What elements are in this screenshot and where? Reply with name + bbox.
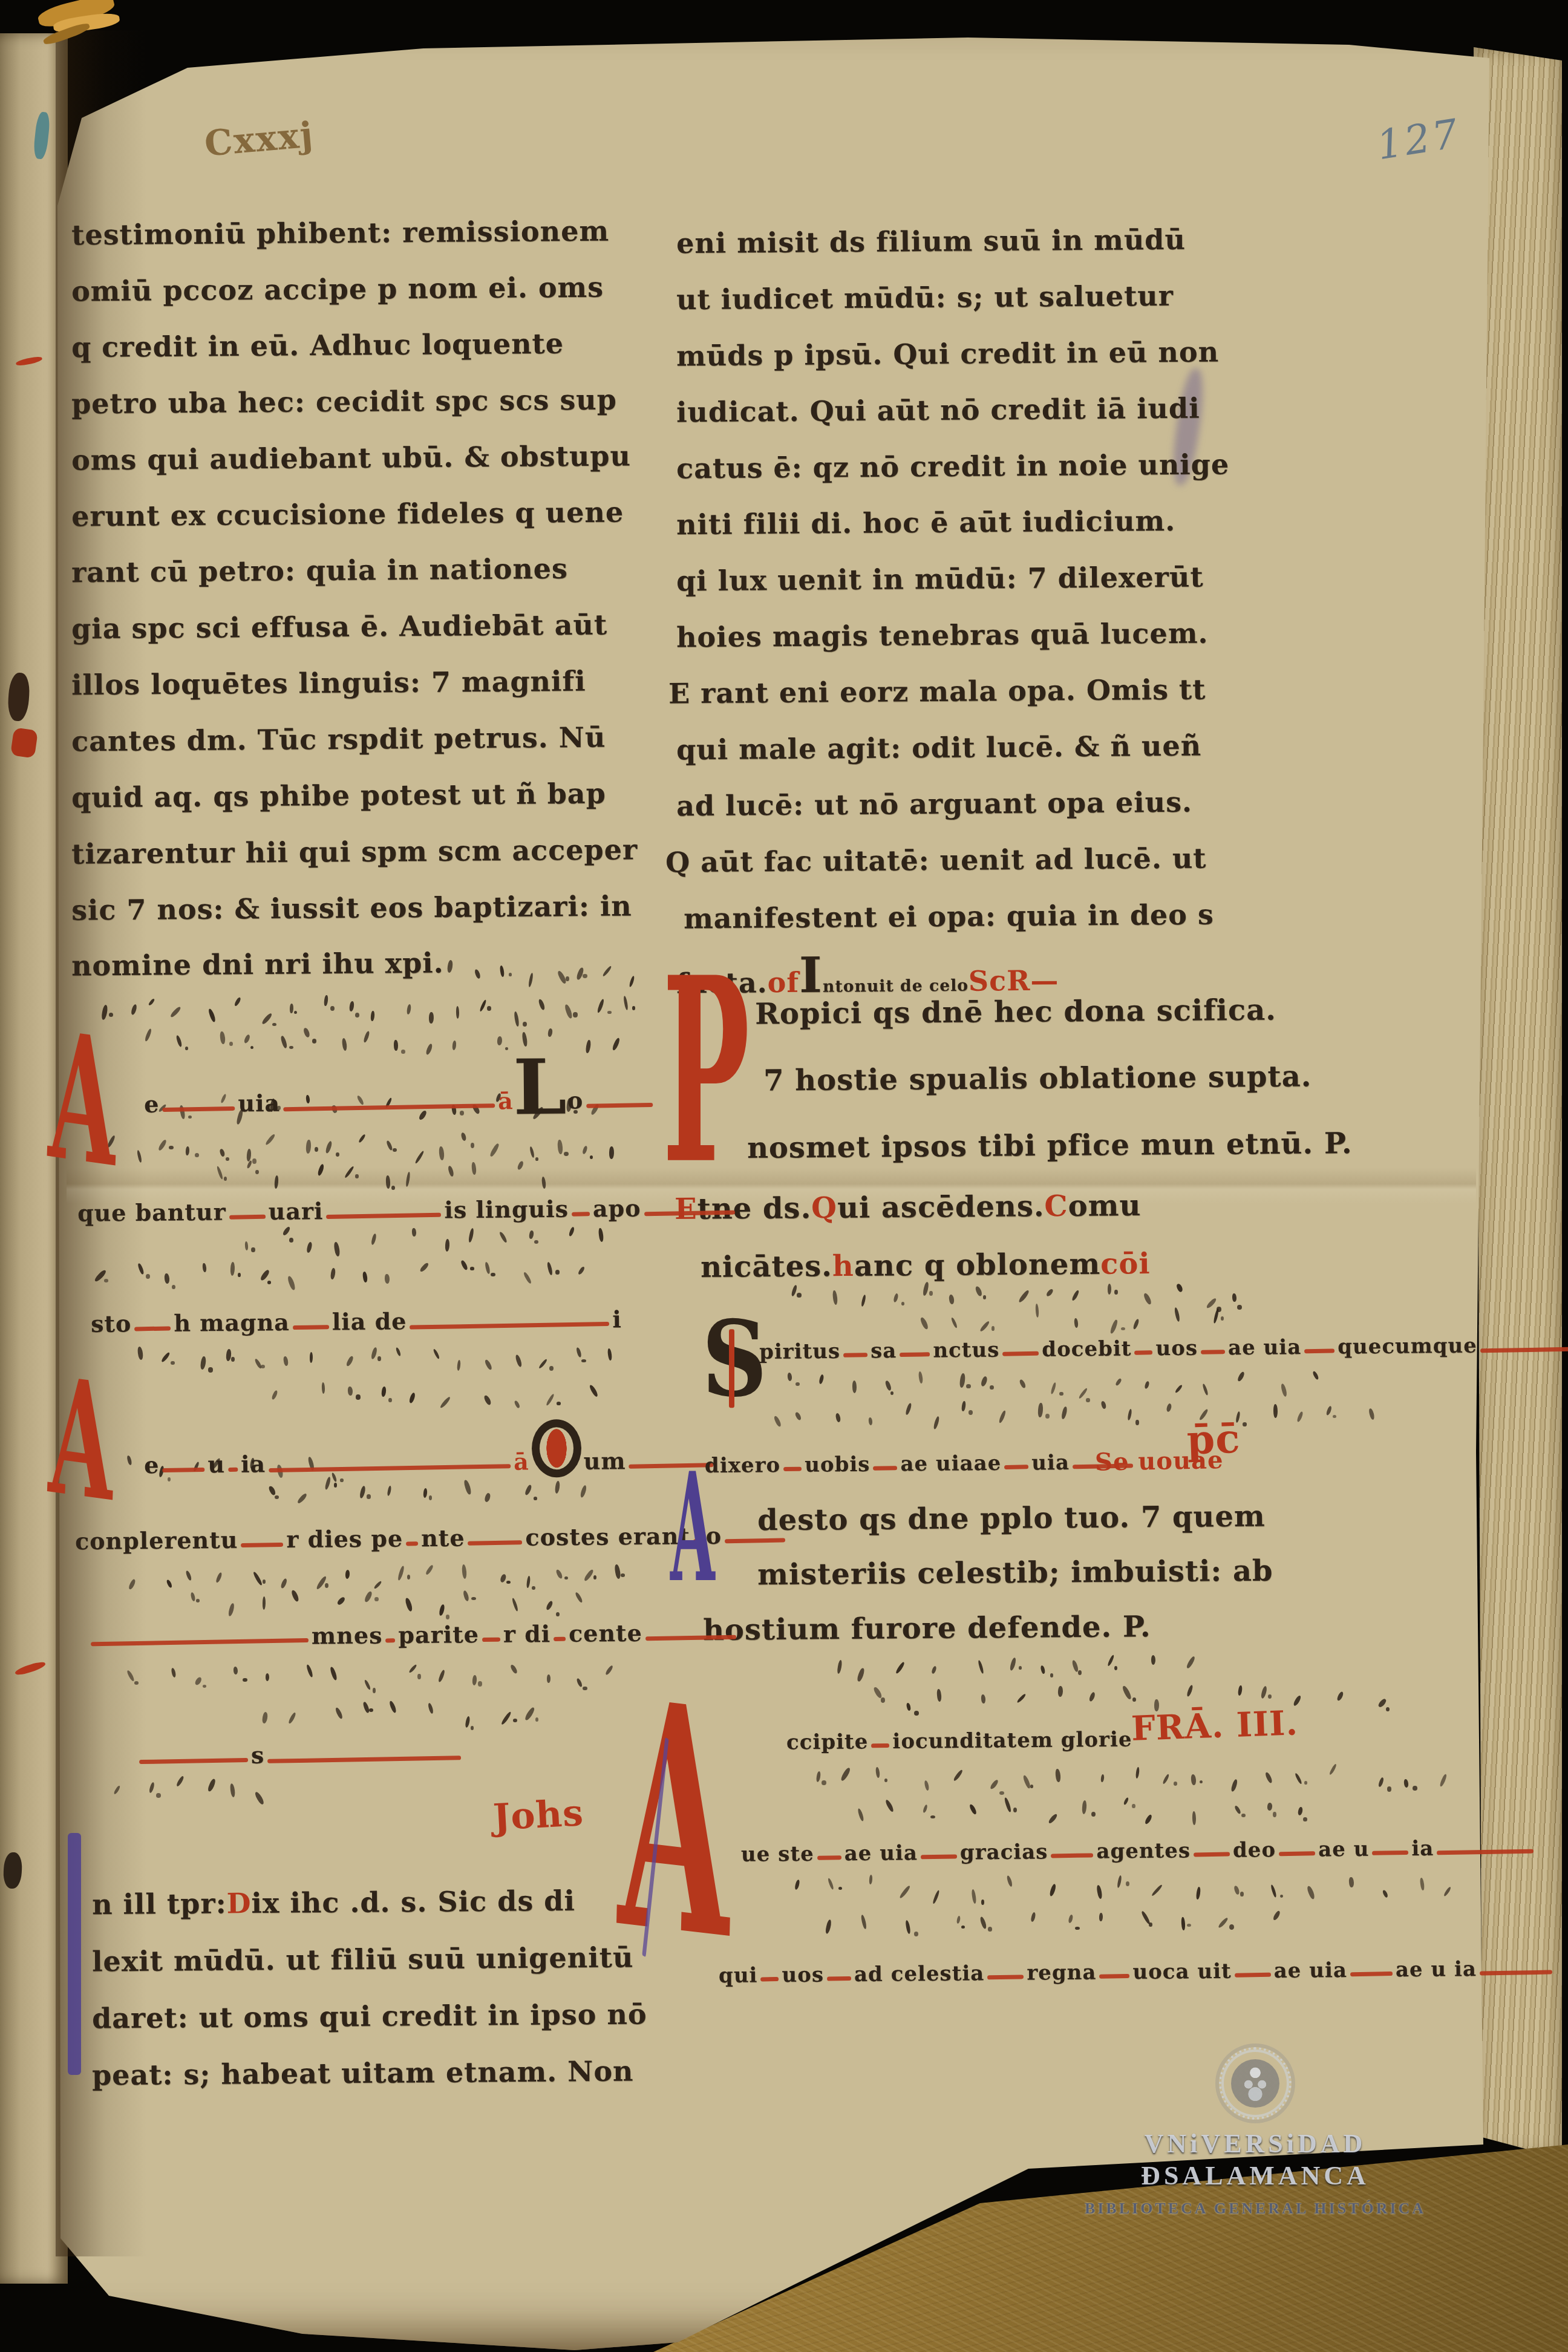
neume-mark: [336, 1152, 339, 1157]
neume-mark: [412, 1228, 416, 1236]
text-segment: anc q oblonem: [854, 1247, 1101, 1283]
text-segment: gia spc sci effusa ē. Audiebāt aūt: [71, 609, 607, 645]
neume-mark: [901, 1302, 905, 1305]
neume-mark: [250, 1046, 253, 1049]
text-segment: sic 7 nos: & iussit eos baptizari: in: [71, 889, 632, 926]
chant-staff-line: [921, 1854, 957, 1859]
neume-mark: [523, 1272, 532, 1284]
neume-mark: [345, 1355, 354, 1367]
neume-mark: [362, 1031, 370, 1044]
chant-line: piritussanctusdocebituosae uiaquecumque: [759, 1331, 1568, 1364]
neume-mark: [1058, 1685, 1063, 1696]
neume-mark: [538, 998, 546, 1010]
neume-mark: [355, 1013, 359, 1018]
neume-mark: [1386, 1707, 1390, 1712]
neume-mark: [433, 1348, 441, 1360]
chant-staff-line: [843, 1353, 867, 1357]
seal-motif: [1231, 2059, 1279, 2108]
neume-mark: [623, 996, 629, 1010]
neume-mark: [1403, 1779, 1408, 1788]
chant-staff-line: [283, 1103, 495, 1111]
neume-mark: [340, 1478, 343, 1482]
neume-mark: [134, 1681, 139, 1685]
neume-mark: [1166, 1403, 1172, 1413]
chant-line: que banturuariis linguisapo: [77, 1194, 738, 1227]
neume-mark: [220, 1031, 226, 1044]
neume-mark: [185, 1146, 189, 1155]
neume-mark: [1086, 1398, 1090, 1402]
neume-mark: [471, 1143, 474, 1148]
neume-mark: [296, 1493, 308, 1505]
chant-staff-line: [162, 1468, 204, 1472]
neume-mark: [577, 1678, 584, 1688]
neume-mark: [1114, 1666, 1117, 1670]
neume-mark: [1298, 1806, 1304, 1816]
chant-staff-line: [987, 1975, 1024, 1979]
neume-mark: [1174, 1384, 1183, 1394]
neume-mark: [1132, 1804, 1135, 1808]
neume-mark: [489, 1143, 500, 1157]
neume-mark: [977, 1660, 984, 1674]
neume-mark: [601, 965, 612, 978]
neume-mark: [1232, 1293, 1237, 1302]
text-segment: gracias: [960, 1840, 1048, 1864]
text-segment: ntonuit de celo: [823, 976, 969, 996]
chant-staff-line: [267, 1756, 461, 1763]
neume-mark: [1099, 1913, 1103, 1922]
neume-mark: [325, 1141, 333, 1155]
neume-mark: [230, 1262, 236, 1276]
prose-line: hostium furore defende. P.: [703, 1610, 1151, 1647]
chant-staff-line: [900, 1352, 930, 1357]
neume-mark: [517, 1161, 524, 1171]
neume-mark: [370, 1010, 374, 1021]
text-segment: hoies magis tenebras quā lucem.: [676, 617, 1209, 654]
prose-line: E rant eni eorz mala opa. Omis tt: [668, 673, 1206, 710]
chant-line: euiaāum: [144, 1418, 717, 1478]
chant-line: dixerouobisae uiaaeuia: [705, 1450, 1136, 1478]
neume-mark: [186, 1570, 193, 1581]
neume-mark: [774, 1416, 783, 1428]
neume-mark: [513, 1719, 517, 1722]
neume-mark: [924, 1780, 930, 1791]
neume-mark: [1174, 1307, 1181, 1322]
neume-mark: [860, 1295, 866, 1307]
chant-staff-line: [1194, 1852, 1230, 1857]
neume-mark: [330, 1006, 335, 1011]
neume-mark: [1127, 1409, 1132, 1421]
neume-mark: [1019, 1379, 1027, 1389]
text-segment: r di: [503, 1620, 551, 1648]
chant-staff-line: [1437, 1849, 1534, 1855]
illuminated-initial: P: [662, 973, 750, 1171]
neume-mark: [499, 1230, 509, 1243]
neume-mark: [1018, 1289, 1031, 1303]
neume-mark: [263, 1579, 266, 1583]
chant-staff-line: [1002, 1351, 1039, 1356]
neume-mark: [388, 1398, 391, 1402]
text-segment: r dies pe: [286, 1524, 403, 1553]
neume-mark: [364, 1679, 371, 1690]
neume-mark: [825, 1919, 832, 1935]
neume-mark: [485, 1262, 491, 1275]
neume-mark: [1121, 1327, 1125, 1330]
neume-mark: [255, 1170, 259, 1174]
neume-mark: [1336, 1691, 1345, 1702]
neume-mark: [532, 1586, 535, 1590]
neume-mark: [330, 1267, 336, 1279]
neume-mark: [176, 1035, 183, 1048]
chant-staff-line: [293, 1325, 329, 1330]
prose-line: mūds p ipsū. Qui credit in eū non: [676, 335, 1219, 372]
neume-mark: [371, 1233, 377, 1245]
neume-mark: [1234, 1805, 1242, 1815]
neume-mark: [1030, 1785, 1033, 1788]
neume-mark: [576, 1347, 583, 1358]
text-segment: s: [251, 1742, 265, 1769]
neume-mark: [387, 1486, 392, 1497]
prose-line: testimoniū phibent: remissionem: [71, 215, 609, 252]
neume-mark: [1382, 1889, 1389, 1898]
neume-mark: [1050, 1673, 1053, 1677]
neume-mark: [860, 1915, 867, 1930]
text-segment: omiū pccoz accipe p nom ei. oms: [71, 271, 604, 308]
neume-mark: [564, 1152, 569, 1156]
neume-mark: [557, 1402, 561, 1405]
neume-mark: [381, 1387, 387, 1397]
neume-mark: [130, 1004, 138, 1016]
neume-mark: [439, 1146, 445, 1160]
prose-line: nicātes. h anc q oblonem cōi: [701, 1247, 1151, 1284]
chant-staff-line: [1372, 1851, 1408, 1855]
chant-staff-line: [1350, 1971, 1393, 1976]
neume-mark: [497, 1036, 502, 1046]
text-segment: deo: [1233, 1838, 1276, 1863]
text-segment: ue ste: [741, 1842, 814, 1867]
neume-mark: [238, 1273, 241, 1277]
neume-mark: [535, 1157, 538, 1161]
neume-mark: [149, 1782, 155, 1793]
neume-mark: [290, 1589, 299, 1602]
neume-mark: [414, 1150, 425, 1164]
neume-mark: [287, 1712, 296, 1725]
prose-line: eni misit ds filium suū in mūdū: [676, 223, 1186, 260]
neume-mark: [1260, 1685, 1268, 1699]
neume-mark: [1243, 1422, 1247, 1426]
neume-mark: [445, 1239, 450, 1252]
text-segment: ix ihc .d. s. Sic ds di: [251, 1884, 575, 1919]
neume-mark: [362, 1272, 368, 1283]
text-segment: ae uia: [900, 1451, 974, 1476]
chant-line: ccipiteiocunditatem glorie: [786, 1728, 1132, 1755]
neume-mark: [202, 1263, 206, 1272]
text-segment: uobis: [805, 1452, 871, 1477]
prose-line: daret: ut oms qui credit in ipso nō: [92, 1998, 647, 2034]
neume-mark: [1068, 1915, 1074, 1924]
prose-line: niti filii di. hoc ē aūt iudicium.: [676, 505, 1176, 541]
neume-mark: [1114, 1290, 1118, 1295]
neume-mark: [1295, 1772, 1303, 1785]
neume-mark: [419, 1262, 430, 1273]
text-segment: uari: [268, 1197, 323, 1225]
neume-mark: [1181, 1917, 1185, 1931]
neume-mark: [528, 973, 534, 988]
neume-mark: [452, 1040, 457, 1050]
neume-mark: [460, 1259, 468, 1270]
neume-mark: [528, 1230, 534, 1239]
neume-mark: [564, 1576, 568, 1579]
chant-staff-line: [760, 1977, 779, 1982]
prose-line: cantes dm. Tūc rspdit petrus. Nū: [71, 721, 606, 758]
neume-mark: [1096, 1885, 1103, 1900]
neume-mark: [797, 1293, 802, 1297]
neume-mark: [289, 1046, 294, 1049]
neume-mark: [157, 1139, 168, 1152]
neume-mark: [1075, 1927, 1080, 1930]
illuminated-initial: A: [617, 1694, 733, 1948]
neume-mark: [287, 1275, 296, 1291]
neume-mark: [523, 1022, 527, 1027]
neume-mark: [391, 1186, 395, 1190]
neume-mark: [305, 1140, 312, 1154]
text-segment: piritus: [759, 1339, 840, 1364]
neume-mark: [547, 1674, 550, 1683]
chant-staff-line: [385, 1638, 395, 1642]
neume-mark: [918, 1371, 923, 1384]
neume-mark: [341, 1038, 347, 1051]
neume-mark: [1045, 1414, 1050, 1419]
prose-line: n ill tpr: Dix ihc .d. s. Sic ds di: [92, 1884, 575, 1921]
illuminated-initial: S: [702, 1319, 767, 1400]
neume-mark: [857, 1667, 866, 1682]
neume-mark: [456, 1006, 460, 1019]
neume-mark: [1126, 1881, 1129, 1886]
neume-mark: [196, 1599, 200, 1602]
neume-mark: [425, 1044, 434, 1056]
neume-mark: [388, 1700, 397, 1714]
prose-line: peat: s; habeat uitam etnam. Non: [92, 2054, 634, 2091]
text-segment: misteriis celestib; imbuisti: ab: [757, 1554, 1273, 1592]
neume-mark: [1144, 1381, 1150, 1390]
text-segment: rant cū petro: quia in nationes: [71, 552, 568, 589]
neume-mark: [144, 1028, 152, 1042]
neume-mark: [355, 1174, 359, 1178]
neume-mark: [998, 1410, 1006, 1423]
neume-mark: [840, 1767, 851, 1782]
neume-mark: [471, 1597, 476, 1600]
neume-mark: [271, 1390, 279, 1400]
neume-mark: [931, 1665, 938, 1674]
neume-mark: [229, 1042, 233, 1046]
text-segment: qi lux uenit in mūdū: 7 dilexerūt: [676, 561, 1204, 598]
neume-mark: [1143, 1293, 1152, 1305]
text-segment: C: [1044, 1189, 1068, 1223]
text-segment: oms qui audiebant ubū. & obstupu: [71, 439, 631, 476]
prose-line: quid aq. qs phibe potest ut ñ bap: [71, 777, 606, 814]
neume-mark: [590, 1155, 593, 1159]
neume-mark: [569, 1226, 576, 1236]
text-segment: catus ē: qz nō credit in noie unige: [676, 448, 1230, 485]
neume-mark: [795, 1411, 802, 1421]
text-segment: agentes: [1096, 1838, 1191, 1863]
neume-mark: [126, 1455, 132, 1465]
neume-mark: [1074, 1318, 1078, 1328]
text-segment: ā: [514, 1448, 529, 1475]
neume-mark: [547, 1028, 553, 1037]
neume-mark: [1114, 1378, 1122, 1387]
neume-mark: [564, 1004, 573, 1019]
neume-mark: [315, 1147, 318, 1152]
neume-mark: [1230, 1779, 1238, 1792]
neume-mark: [1049, 1883, 1057, 1896]
neume-mark: [231, 1357, 235, 1361]
illuminated-initial: [68, 1833, 81, 2075]
neume-mark: [922, 1804, 928, 1813]
chant-staff-line: [1235, 1973, 1271, 1978]
neume-mark: [364, 1590, 373, 1602]
neume-mark: [429, 1011, 434, 1023]
text-segment: u: [207, 1451, 225, 1478]
text-segment: Ropici qs dnē hec dona scifica.: [755, 993, 1276, 1031]
neume-mark: [794, 1879, 800, 1890]
text-segment: E rant eni eorz mala opa. Omis tt: [668, 673, 1206, 710]
chant-staff-line: [817, 1855, 841, 1860]
neume-mark: [1100, 1400, 1106, 1410]
neume-mark: [1296, 1411, 1304, 1422]
neume-mark: [169, 1005, 181, 1018]
neume-mark: [788, 1373, 792, 1381]
prose-line: 7 hostie spualis oblatione supta.: [763, 1059, 1312, 1097]
neume-mark: [1328, 1763, 1337, 1775]
chant-line: stoh magnalia dei: [91, 1305, 622, 1338]
neume-mark: [586, 1040, 592, 1054]
neume-mark: [1270, 1884, 1278, 1898]
text-segment: 7 hostie spualis oblatione supta.: [763, 1059, 1312, 1097]
chant-staff-line: [1279, 1851, 1315, 1856]
text-segment: nomine dni nri ihu xpi.: [71, 947, 444, 982]
chant-staff-line: [134, 1326, 171, 1331]
text-segment: Q aūt fac uitatē: uenit ad lucē. ut: [665, 841, 1207, 878]
chant-staff-line: [783, 1467, 802, 1472]
neume-mark: [405, 1597, 413, 1612]
text-segment: nosmet ipsos tibi pfice mun etnū. P.: [747, 1126, 1353, 1165]
text-segment: testimoniū phibent: remissionem: [71, 215, 609, 252]
chant-staff-line: [1480, 1970, 1552, 1975]
neume-mark: [1233, 1885, 1240, 1895]
neume-mark: [166, 1579, 172, 1589]
neume-mark: [395, 1347, 401, 1356]
neume-mark: [243, 1678, 247, 1682]
neume-mark: [580, 1485, 588, 1498]
neume-mark: [555, 1481, 561, 1494]
neume-mark: [437, 1670, 445, 1683]
neume-mark: [1035, 1304, 1039, 1318]
neume-mark: [483, 1394, 492, 1406]
text-segment: ui ascēdens.: [837, 1189, 1045, 1225]
neume-mark: [279, 1578, 287, 1589]
chant-staff-line: [1051, 1853, 1093, 1858]
neume-mark: [272, 1023, 277, 1027]
text-segment: e: [144, 1090, 160, 1117]
neume-mark: [234, 996, 242, 1006]
neume-mark: [593, 1575, 596, 1579]
neume-mark: [126, 1669, 136, 1682]
text-segment: ia: [241, 1450, 266, 1477]
chant-staff-line: [241, 1543, 283, 1547]
neume-mark: [614, 1564, 621, 1579]
chant-line: ue steae uiagraciasagentesdeoae uia: [741, 1835, 1537, 1866]
neume-mark: [226, 1157, 229, 1160]
text-segment: ae u ia: [1396, 1957, 1477, 1982]
neume-mark: [1089, 1691, 1097, 1702]
neume-mark: [890, 1391, 893, 1395]
text-segment: parite: [398, 1621, 479, 1648]
text-segment: sa: [871, 1339, 897, 1363]
chant-staff-line: [139, 1758, 248, 1764]
neume-mark: [104, 1279, 108, 1282]
illuminated-initial: A: [47, 1028, 119, 1173]
neume-mark: [243, 1034, 251, 1044]
chant-staff-line: [554, 1637, 566, 1641]
prose-line: misteriis celestib; imbuisti: ab: [757, 1554, 1273, 1592]
neume-mark: [175, 1775, 185, 1787]
text-segment: mūds p ipsū. Qui credit in eū non: [676, 335, 1219, 372]
neume-mark: [386, 1175, 390, 1189]
neume-mark: [446, 1615, 449, 1619]
text-segment: eni misit ds filium suū in mūdū: [676, 223, 1186, 260]
neume-mark: [589, 1383, 599, 1397]
neume-mark: [244, 1241, 248, 1250]
neume-mark: [1078, 1670, 1082, 1676]
chant-line: quiuosad celestiaregnauoca uitae uiaae u…: [719, 1956, 1555, 1988]
neume-mark: [324, 995, 328, 1006]
text-segment: h magna: [174, 1308, 290, 1337]
chant-staff-line: [873, 1466, 897, 1471]
neume-mark: [555, 1270, 560, 1274]
neume-mark: [953, 1769, 964, 1782]
text-segment: uos: [782, 1963, 824, 1988]
neume-mark: [621, 1573, 625, 1576]
neume-mark: [872, 1686, 882, 1699]
text-segment: petro uba hec: cecidit spc scs sup: [71, 383, 617, 420]
neume-mark: [1387, 1786, 1391, 1792]
text-segment: ae uia: [844, 1841, 918, 1866]
neume-mark: [185, 1047, 188, 1050]
neume-mark: [261, 1012, 273, 1025]
neume-mark: [949, 1294, 955, 1304]
neume-mark: [632, 1006, 635, 1010]
neume-mark: [920, 1317, 929, 1330]
neume-mark: [549, 1366, 554, 1371]
neume-mark: [1237, 1305, 1242, 1310]
neume-mark: [462, 1564, 467, 1579]
text-segment: ae uia: [1274, 1958, 1348, 1983]
text-segment: illos loquētes linguis: 7 magnifi: [71, 665, 586, 702]
neume-mark: [1439, 1774, 1448, 1787]
neume-mark: [929, 1291, 932, 1295]
text-segment: qui male agit: odit lucē. & ñ ueñ: [676, 730, 1201, 766]
chant-staff-line: [1201, 1350, 1225, 1354]
text-segment: D: [226, 1887, 251, 1919]
neume-mark: [325, 1583, 328, 1588]
neume-mark: [329, 1667, 337, 1681]
neume-mark: [317, 1164, 325, 1177]
text-segment: i: [612, 1305, 622, 1333]
neume-mark: [1004, 1797, 1011, 1812]
text-segment: L: [513, 1061, 567, 1115]
neume-mark: [546, 1262, 553, 1276]
text-segment: ia: [1411, 1837, 1434, 1861]
